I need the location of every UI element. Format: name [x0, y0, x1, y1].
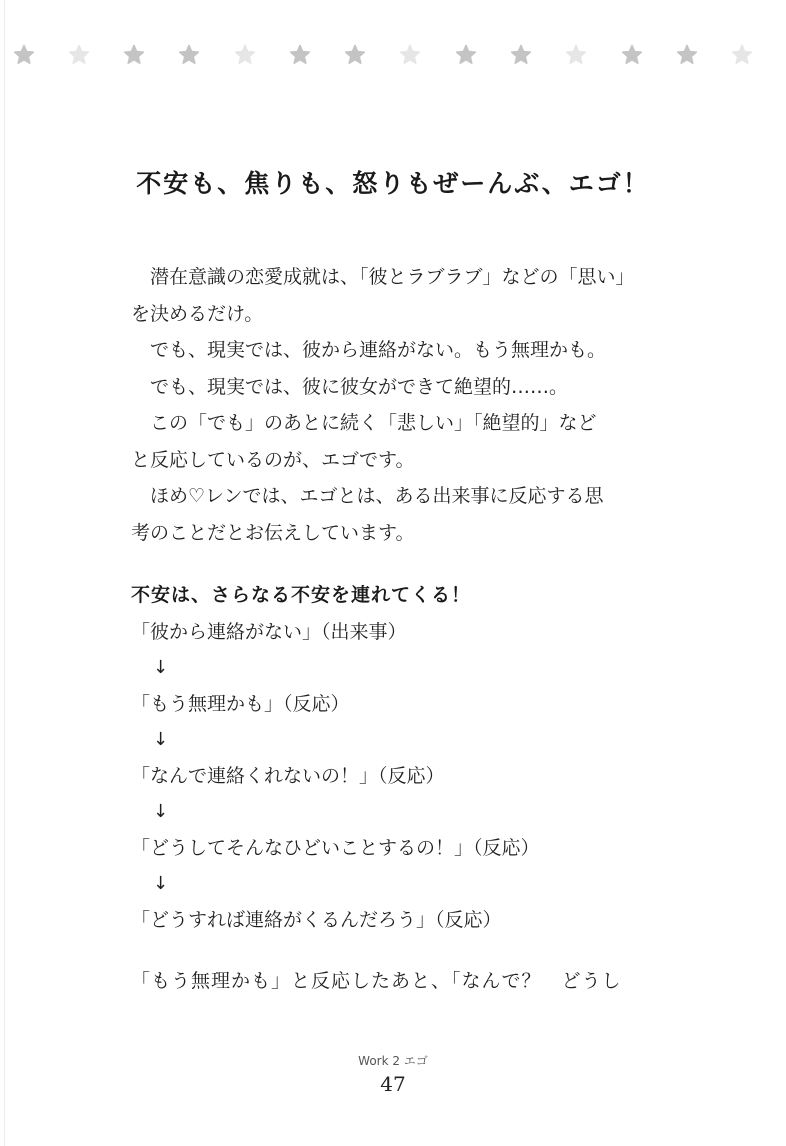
down-arrow-icon: ↓	[131, 866, 540, 902]
body-line: ほめ♡レンでは、エゴとは、ある出来事に反応する思	[131, 478, 671, 515]
star-icon	[621, 44, 643, 66]
body-line: 潜在意識の恋愛成就は、「彼とラブラブ」などの「思い」	[131, 259, 671, 296]
flow-reaction: 「もう無理かも」（反応）	[131, 686, 540, 722]
page-number: 47	[0, 1072, 786, 1096]
chapter-label: Work 2 エゴ	[0, 1052, 786, 1069]
star-icon	[565, 44, 587, 66]
star-icon	[68, 44, 90, 66]
closing-text: 「もう無理かも」と反応したあと、「なんで？ どうし	[131, 966, 622, 993]
body-line: この「でも」のあとに続く「悲しい」「絶望的」など	[131, 405, 671, 442]
body-line: 考のことだとお伝えしています。	[131, 515, 671, 552]
flow-event: 「彼から連絡がない」（出来事）	[131, 614, 540, 650]
body-line: と反応しているのが、エゴです。	[131, 442, 671, 479]
section-heading: 不安は、さらなる不安を連れてくる！	[131, 580, 471, 607]
star-icon	[731, 44, 753, 66]
star-icon	[13, 44, 35, 66]
star-icon	[123, 44, 145, 66]
body-paragraphs: 潜在意識の恋愛成就は、「彼とラブラブ」などの「思い」 を決めるだけ。 でも、現実…	[131, 259, 671, 551]
body-line: でも、現実では、彼に彼女ができて絶望的……。	[131, 369, 671, 406]
down-arrow-icon: ↓	[131, 794, 540, 830]
body-line: を決めるだけ。	[131, 296, 671, 333]
star-icon	[178, 44, 200, 66]
star-icon	[234, 44, 256, 66]
star-icon	[399, 44, 421, 66]
flow-reaction: 「なんで連絡くれないの！」（反応）	[131, 758, 540, 794]
star-icon	[289, 44, 311, 66]
page-title: 不安も、焦りも、怒りもぜーんぶ、エゴ！	[0, 164, 786, 200]
star-icon	[676, 44, 698, 66]
down-arrow-icon: ↓	[131, 650, 540, 686]
reaction-flow: 「彼から連絡がない」（出来事） ↓ 「もう無理かも」（反応） ↓ 「なんで連絡く…	[131, 614, 540, 938]
body-line: でも、現実では、彼から連絡がない。もう無理かも。	[131, 332, 671, 369]
down-arrow-icon: ↓	[131, 722, 540, 758]
star-icon	[510, 44, 532, 66]
star-icon	[344, 44, 366, 66]
flow-reaction: 「どうしてそんなひどいことするの！」（反応）	[131, 830, 540, 866]
star-icon	[455, 44, 477, 66]
flow-reaction: 「どうすれば連絡がくるんだろう」（反応）	[131, 902, 540, 938]
star-border	[0, 44, 786, 70]
